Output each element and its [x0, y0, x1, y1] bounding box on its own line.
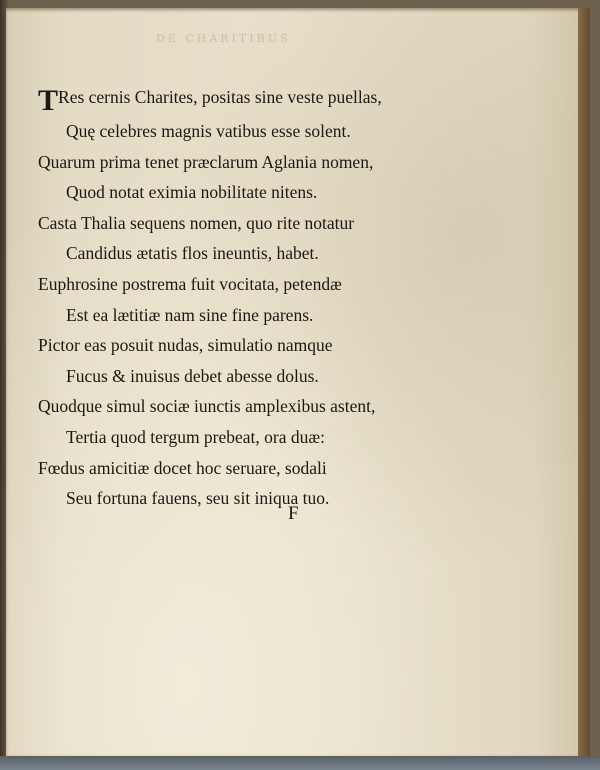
poem-line-13: Fœdus amicitiæ docet hoc seruare, sodali: [38, 453, 498, 484]
header-bleed-through: DE CHARITIBUS: [156, 32, 306, 46]
drop-cap: T: [38, 84, 58, 117]
poem-line-12: Tertia quod tergum prebeat, ora duæ:: [38, 422, 498, 453]
background-surface: [0, 756, 600, 770]
poem-line-1: TRes cernis Charites, positas sine veste…: [38, 82, 498, 116]
poem-line-8: Est ea lætitiæ nam sine fine parens.: [38, 300, 498, 331]
poem-line-14: Seu fortuna fauens, seu sit iniqua tuo.: [38, 483, 498, 514]
poem-line-7: Euphrosine postrema fuit vocitata, peten…: [38, 269, 498, 300]
page-edge: [578, 8, 590, 758]
poem-line-10: Fucus & inuisus debet abesse dolus.: [38, 361, 498, 392]
poem-line-9: Pictor eas posuit nudas, simulatio namqu…: [38, 330, 498, 361]
signature-mark: F: [288, 503, 299, 525]
poem-line-5: Casta Thalia sequens nomen, quo rite not…: [38, 208, 498, 239]
poem-line-3: Quarum prima tenet præclarum Aglania nom…: [38, 147, 498, 178]
poem-line-6: Candidus ætatis flos ineuntis, habet.: [38, 238, 498, 269]
poem-line-2: Quę celebres magnis vatibus esse solent.: [38, 116, 498, 147]
poem-line-11: Quodque simul sociæ iunctis amplexibus a…: [38, 391, 498, 422]
poem-line-4: Quod notat eximia nobilitate nitens.: [38, 177, 498, 208]
poem-text: TRes cernis Charites, positas sine veste…: [38, 82, 498, 514]
